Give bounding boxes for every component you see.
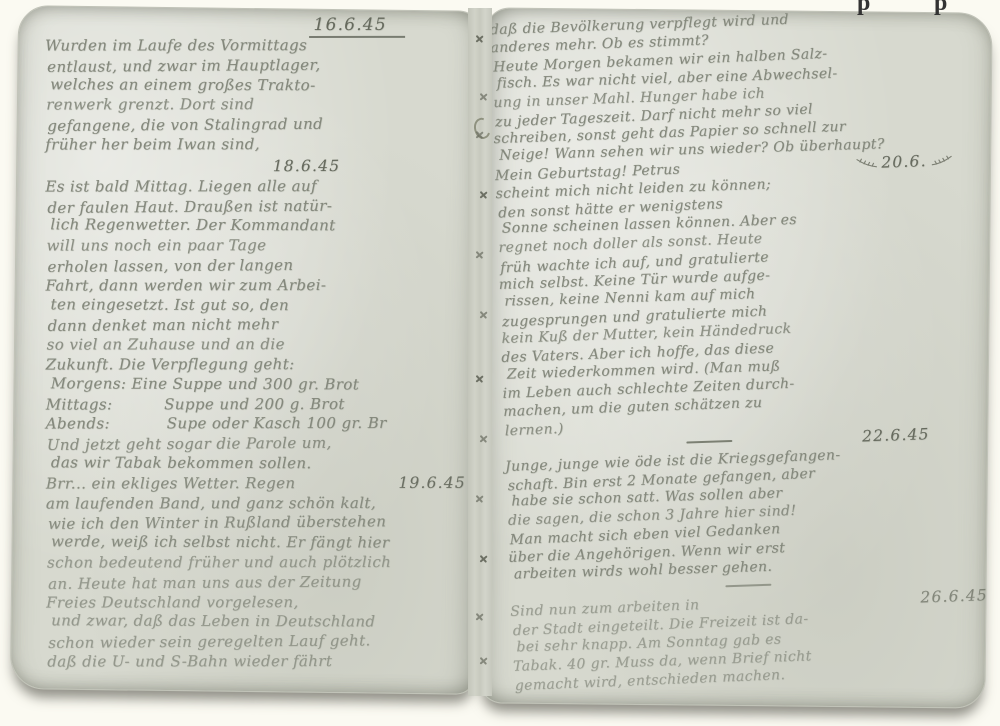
handwriting-line: erholen lassen, von der langen [47, 254, 484, 277]
handwriting-line: Morgens: Eine Suppe und 300 gr. Brot [51, 374, 484, 395]
stitch-mark-icon [479, 656, 488, 665]
entry-date: 19.6.45 [398, 474, 466, 494]
handwriting-line: das wir Tabak bekommen sollen. [51, 453, 484, 474]
diary-entry: 18.6.45Es ist bald Mittag. Liegen alle a… [45, 154, 484, 474]
stitch-mark-icon [475, 374, 484, 383]
diary-entry: 22.6.45Junge, junge wie öde ist die Krie… [504, 423, 987, 585]
handwriting-line: Mittags: Suppe und 200 g. Brot [46, 394, 484, 415]
handwriting-line: früher her beim Iwan sind, [45, 135, 484, 156]
handwriting-line: will uns noch ein paar Tage [46, 236, 484, 257]
handwriting-line: Wurden im Laufe des Vormittags [45, 36, 484, 57]
handwriting-line: am laufenden Band, und ganz schön kalt, [46, 493, 484, 514]
diary-right-page: daß die Bevölkerung verpflegt wird undan… [478, 7, 992, 708]
handwriting-line: lich Regenwetter. Der Kommandant [50, 216, 484, 237]
left-page-entries: 16.6.45Wurden im Laufe des Vormittagsent… [45, 16, 484, 673]
handwriting-line: Zukunft. Die Verpflegung geht: [46, 355, 485, 376]
handwriting-line: renwerk grenzt. Dort sind [46, 95, 484, 116]
stitch-mark-icon [479, 554, 488, 563]
handwriting-line: schon bedeutend früher und auch plötzlic… [47, 553, 484, 574]
separator-dash [686, 440, 732, 444]
handwriting-line: Freies Deutschland vorgelesen, [46, 592, 484, 613]
stitch-mark-icon [475, 612, 484, 621]
handwriting-line: schon wieder sein geregelten Lauf geht. [48, 630, 484, 653]
stitch-mark-icon [475, 494, 484, 503]
entry-date: 20.6. [881, 152, 927, 172]
stitch-mark-icon [475, 250, 484, 259]
stitch-mark-icon [475, 130, 484, 139]
diary-entry: daß die Bevölkerung verpflegt wird undan… [490, 7, 973, 166]
right-page-entries: daß die Bevölkerung verpflegt wird undan… [490, 7, 991, 694]
diary-entry: 20.6.Mein Geburtstag! Petrusscheint mich… [495, 150, 982, 440]
stitch-mark-icon [475, 34, 484, 43]
print-fragment: p [934, 0, 947, 17]
binding-stitches [472, 0, 492, 700]
handwriting-line: und zwar, daß das Leben in Deutschland [51, 612, 484, 633]
entry-date: 18.6.45 [273, 157, 341, 175]
stitch-mark-icon [479, 92, 488, 101]
diary-entry: 16.6.45Wurden im Laufe des Vormittagsent… [45, 16, 484, 156]
stitch-mark-icon [479, 310, 488, 319]
print-fragment: p [857, 0, 870, 17]
laurel-sprig-icon [851, 155, 882, 172]
right-page-inner: daß die Bevölkerung verpflegt wird undan… [479, 8, 992, 708]
handwriting-line: daß die U- und S-Bahn wieder fährt [47, 652, 484, 673]
handwriting-line: dann denket man nicht mehr [48, 314, 485, 337]
handwriting-line: werde, weiß ich selbst nicht. Er fängt h… [51, 532, 484, 553]
entry-date-line: 18.6.45 [45, 154, 484, 177]
separator-dash [725, 584, 771, 588]
handwriting-line: Und jetzt geht sogar die Parole um, [47, 432, 484, 455]
diary-left-page: 16.6.45Wurden im Laufe des Vormittagsent… [10, 5, 484, 695]
entry-date: 16.6.45 [310, 15, 405, 38]
entry-date-line: 16.6.45 [45, 16, 484, 37]
stitch-mark-icon [479, 434, 488, 443]
handwriting-line: Es ist bald Mittag. Liegen alle auf [45, 176, 484, 197]
handwriting-line: so viel an Zuhause und an die [47, 335, 485, 356]
handwriting-line: Abends: Supe oder Kasch 100 gr. Br [46, 414, 484, 435]
handwriting-line: entlaust, und zwar im Hauptlager, [47, 54, 484, 77]
handwriting-line: welches an einem großes Trakto- [50, 75, 484, 96]
handwriting-line: Fahrt, dann werden wir zum Arbei- [46, 275, 485, 296]
handwriting-line: gefangene, die von Stalingrad und [47, 113, 484, 136]
stitch-mark-icon [479, 190, 488, 199]
laurel-sprig-icon [926, 153, 957, 170]
diary-entry: 26.6.45Sind nun zum arbeiten inder Stadt… [509, 568, 991, 694]
handwriting-line: 19.6.45Brr... ein ekliges Wetter. Regen [46, 473, 484, 494]
diary-scan: 16.6.45Wurden im Laufe des Vormittagsent… [0, 0, 1000, 726]
diary-entry: 19.6.45Brr... ein ekliges Wetter. Regena… [46, 473, 484, 672]
left-page-inner: 16.6.45Wurden im Laufe des Vormittagsent… [11, 6, 484, 695]
handwriting-line: an. Heute hat man uns aus der Zeitung [48, 571, 484, 594]
